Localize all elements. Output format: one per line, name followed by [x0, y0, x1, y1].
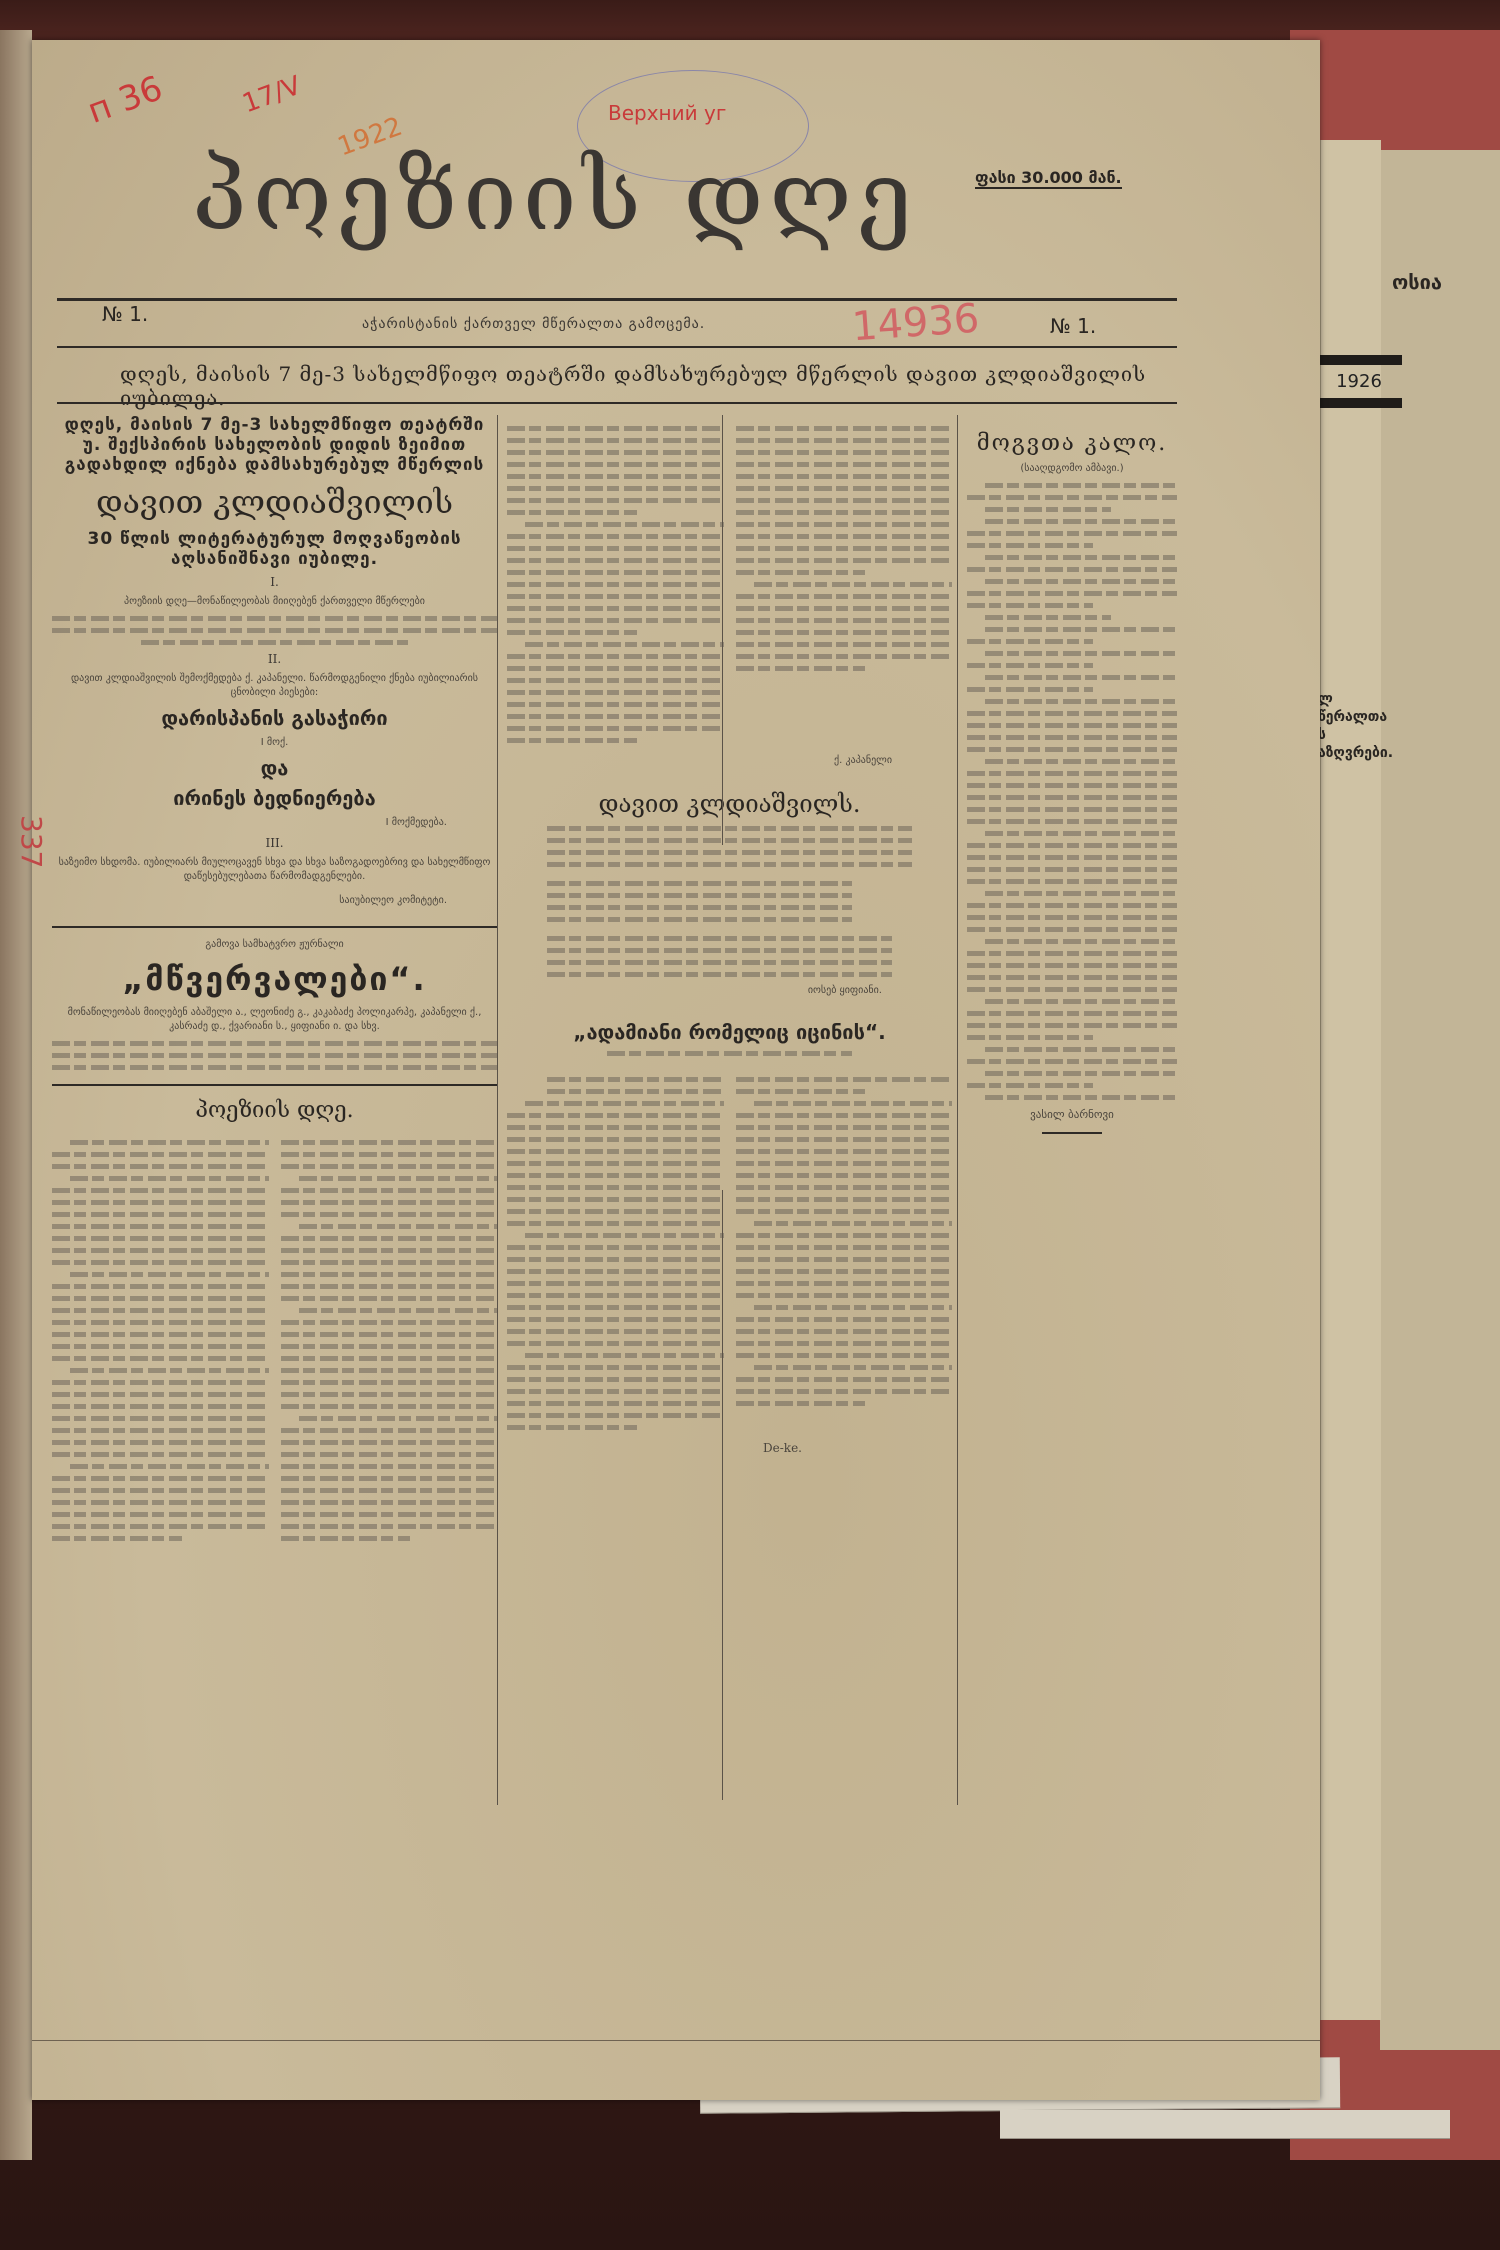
adjacent-sheet: [1320, 140, 1381, 2020]
underlying-sheet: [1380, 150, 1500, 2050]
banner-rule: [57, 402, 1177, 404]
circled-note-text: Верхний уг: [608, 101, 838, 125]
story-author: ვასილ ბარნოვი: [967, 1108, 1177, 1122]
column-divider-2b: [722, 1190, 723, 1800]
margin-page-number: 337: [15, 815, 48, 868]
section-rule: [52, 926, 497, 928]
story-title: მოგვთა კალო.: [967, 431, 1177, 456]
column-1: დღეს, მაისის 7 მე-3 სახელმწიფო თეატრში უ…: [52, 415, 497, 1552]
column-divider-1: [497, 415, 498, 1805]
price-label: ფასი 30.000 მან.: [975, 168, 1122, 189]
program-part-1-text: პოეზიის დღე—მონაწილეობას მიიღებენ ქართვე…: [52, 595, 497, 609]
story-end-rule: [1042, 1132, 1102, 1134]
adjacent-year: 1926: [1316, 371, 1402, 392]
adjacent-sheet-dateblock: 1926: [1316, 355, 1402, 412]
masthead-rule-top: [57, 298, 1177, 301]
program-part-2-text: დავით კლდიაშვილის შემოქმედება ქ. კაპანელ…: [52, 672, 497, 700]
program-part-3: III.: [52, 836, 497, 850]
masthead-title: პოეზიის დღე: [192, 140, 918, 252]
editorial-signature: ქ. კაპანელი: [507, 754, 952, 768]
journal-intro: გამოვა სამხატვრო ჟურნალი: [52, 938, 497, 952]
article-title: „ადამიანი რომელიც იცინის“.: [507, 1020, 952, 1044]
issue-number-right: № 1.: [1050, 314, 1096, 338]
page-fold-line: [32, 2040, 1320, 2041]
program-part-1: I.: [52, 575, 497, 589]
play-2-act: I მოქმედება.: [52, 816, 497, 830]
play-title-1: დარისპანის გასაჭირი: [52, 706, 497, 730]
program-part-3-text: საზეიმო სხდომა. იუბილიარს მიულოცავენ სხვ…: [52, 856, 497, 884]
publisher-subtitle: აჭარისტანის ქართველ მწერალთა გამოცემა.: [362, 316, 705, 332]
column-2: ქ. კაპანელი დავით კლდიაშვილს. იოსებ ყიფი…: [507, 415, 952, 1455]
article-body: [507, 1066, 952, 1441]
left-spine: [0, 30, 32, 2160]
archive-number: 14936: [851, 296, 981, 351]
masthead-rule-bottom: [57, 346, 1177, 348]
pencil-date: 17/V: [239, 71, 305, 120]
pencil-catalog-number: п 36: [82, 68, 167, 132]
bottom-slip-2: [1000, 2110, 1450, 2139]
column-4: მოგვთა კალო. (სააღდგომო ამბავი.) ვასილ ბ…: [967, 425, 1177, 1144]
article-signature: De-ke.: [507, 1441, 952, 1455]
newspaper-page: п 36 17/V 1922 Верхний уг პოეზიის დღე ფა…: [32, 40, 1320, 2100]
issue-number-left: № 1.: [102, 302, 148, 326]
play-title-2: ირინეს ბედნიერება: [52, 786, 497, 810]
story-subtitle: (სააღდგომო ამბავი.): [967, 462, 1177, 476]
essay-title: პოეზიის დღე.: [52, 1098, 497, 1123]
column-divider-3: [957, 415, 958, 1805]
journal-title: „მწვერვალები“.: [52, 960, 497, 998]
adjacent-section-heading: ალ მწერალთა ის საზღვრები.: [1310, 690, 1380, 762]
journal-contributors: მონაწილეობას მიიღებენ აბაშელი ა., ლეონიძ…: [52, 1006, 497, 1034]
essay-body: [52, 1129, 497, 1552]
underlying-headline: ოსია: [1392, 270, 1442, 294]
jubilee-subheading: 30 წლის ლიტერატურულ მოღვაწეობის აღსანიშნ…: [52, 529, 497, 569]
announcement-heading: დღეს, მაისის 7 მე-3 სახელმწიფო თეატრში უ…: [52, 415, 497, 475]
section-rule-2: [52, 1084, 497, 1086]
play-1-act: I მოქ.: [52, 736, 497, 750]
poem-title: დავით კლდიაშვილს.: [507, 790, 952, 818]
program-part-2: II.: [52, 652, 497, 666]
column-divider-2: [722, 415, 723, 845]
editorial-body: [507, 415, 952, 754]
conjunction: და: [52, 756, 497, 780]
committee-signature: საიუბილეო კომიტეტი.: [52, 894, 497, 908]
honoree-name: დავით კლდიაშვილის: [52, 483, 497, 521]
poem-author: იოსებ ყიფიანი.: [507, 984, 952, 998]
